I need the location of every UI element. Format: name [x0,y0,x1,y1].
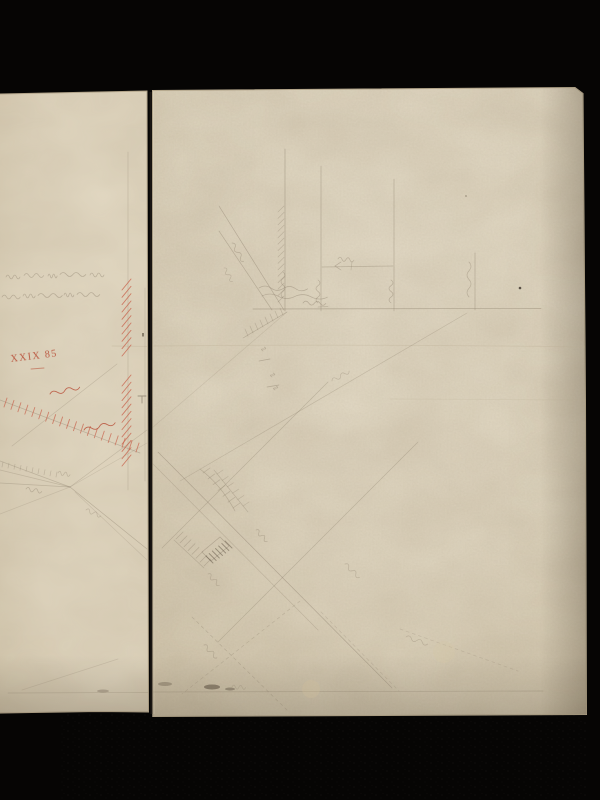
archival-drawing-photo: XXIX 85 [0,0,600,800]
photograph-stage: XXIX 85 [0,0,600,800]
table-speckle-texture [60,714,586,800]
right-edge-shadow [540,86,587,718]
dark-speck [519,287,522,290]
baseline [253,309,541,310]
paper-texture [0,86,587,718]
